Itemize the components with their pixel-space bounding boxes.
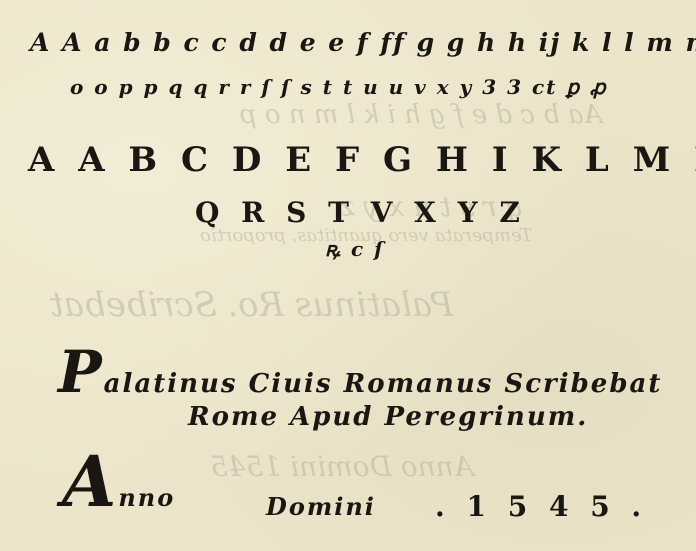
uppercase-alphabet-line-3: ꝶ c ſ xyxy=(325,235,385,262)
decorated-initial-p: P xyxy=(58,338,104,406)
document-page: Aa b c d e f g h i k l m n o p q r s t u… xyxy=(0,0,696,551)
colophon-line-1: Palatinus Ciuis Romanus Scribebat xyxy=(58,338,662,406)
lowercase-alphabet-line-1: A A a b b c c d d e e f ff g g h h ij k … xyxy=(30,28,696,57)
date-word-anno: nno xyxy=(118,483,175,512)
lowercase-alphabet-line-2: o o p p q q r r ſ ſ s t t u u v x y 3 3 … xyxy=(70,75,608,99)
decorated-initial-a: A xyxy=(62,440,118,523)
bleed-through-line: Anno Domini 1545 xyxy=(210,450,474,483)
colophon-text: alatinus Ciuis Romanus Scribebat xyxy=(104,369,663,399)
uppercase-alphabet-line-2: Q R S T V X Y Z xyxy=(195,196,526,229)
colophon-line-2: Rome Apud Peregrinum. xyxy=(188,402,588,432)
date-line: Anno xyxy=(62,440,175,523)
bleed-through-line: Palatinus Ro. Scribebat xyxy=(50,285,453,325)
date-year: . 1 5 4 5 . xyxy=(435,490,647,523)
date-word-domini: Domini xyxy=(266,492,376,521)
uppercase-alphabet-line-1: A A B C D E F G H I K L M N O P xyxy=(28,140,696,180)
bleed-through-line: Aa b c d e f g h i k l m n o p xyxy=(240,100,602,130)
